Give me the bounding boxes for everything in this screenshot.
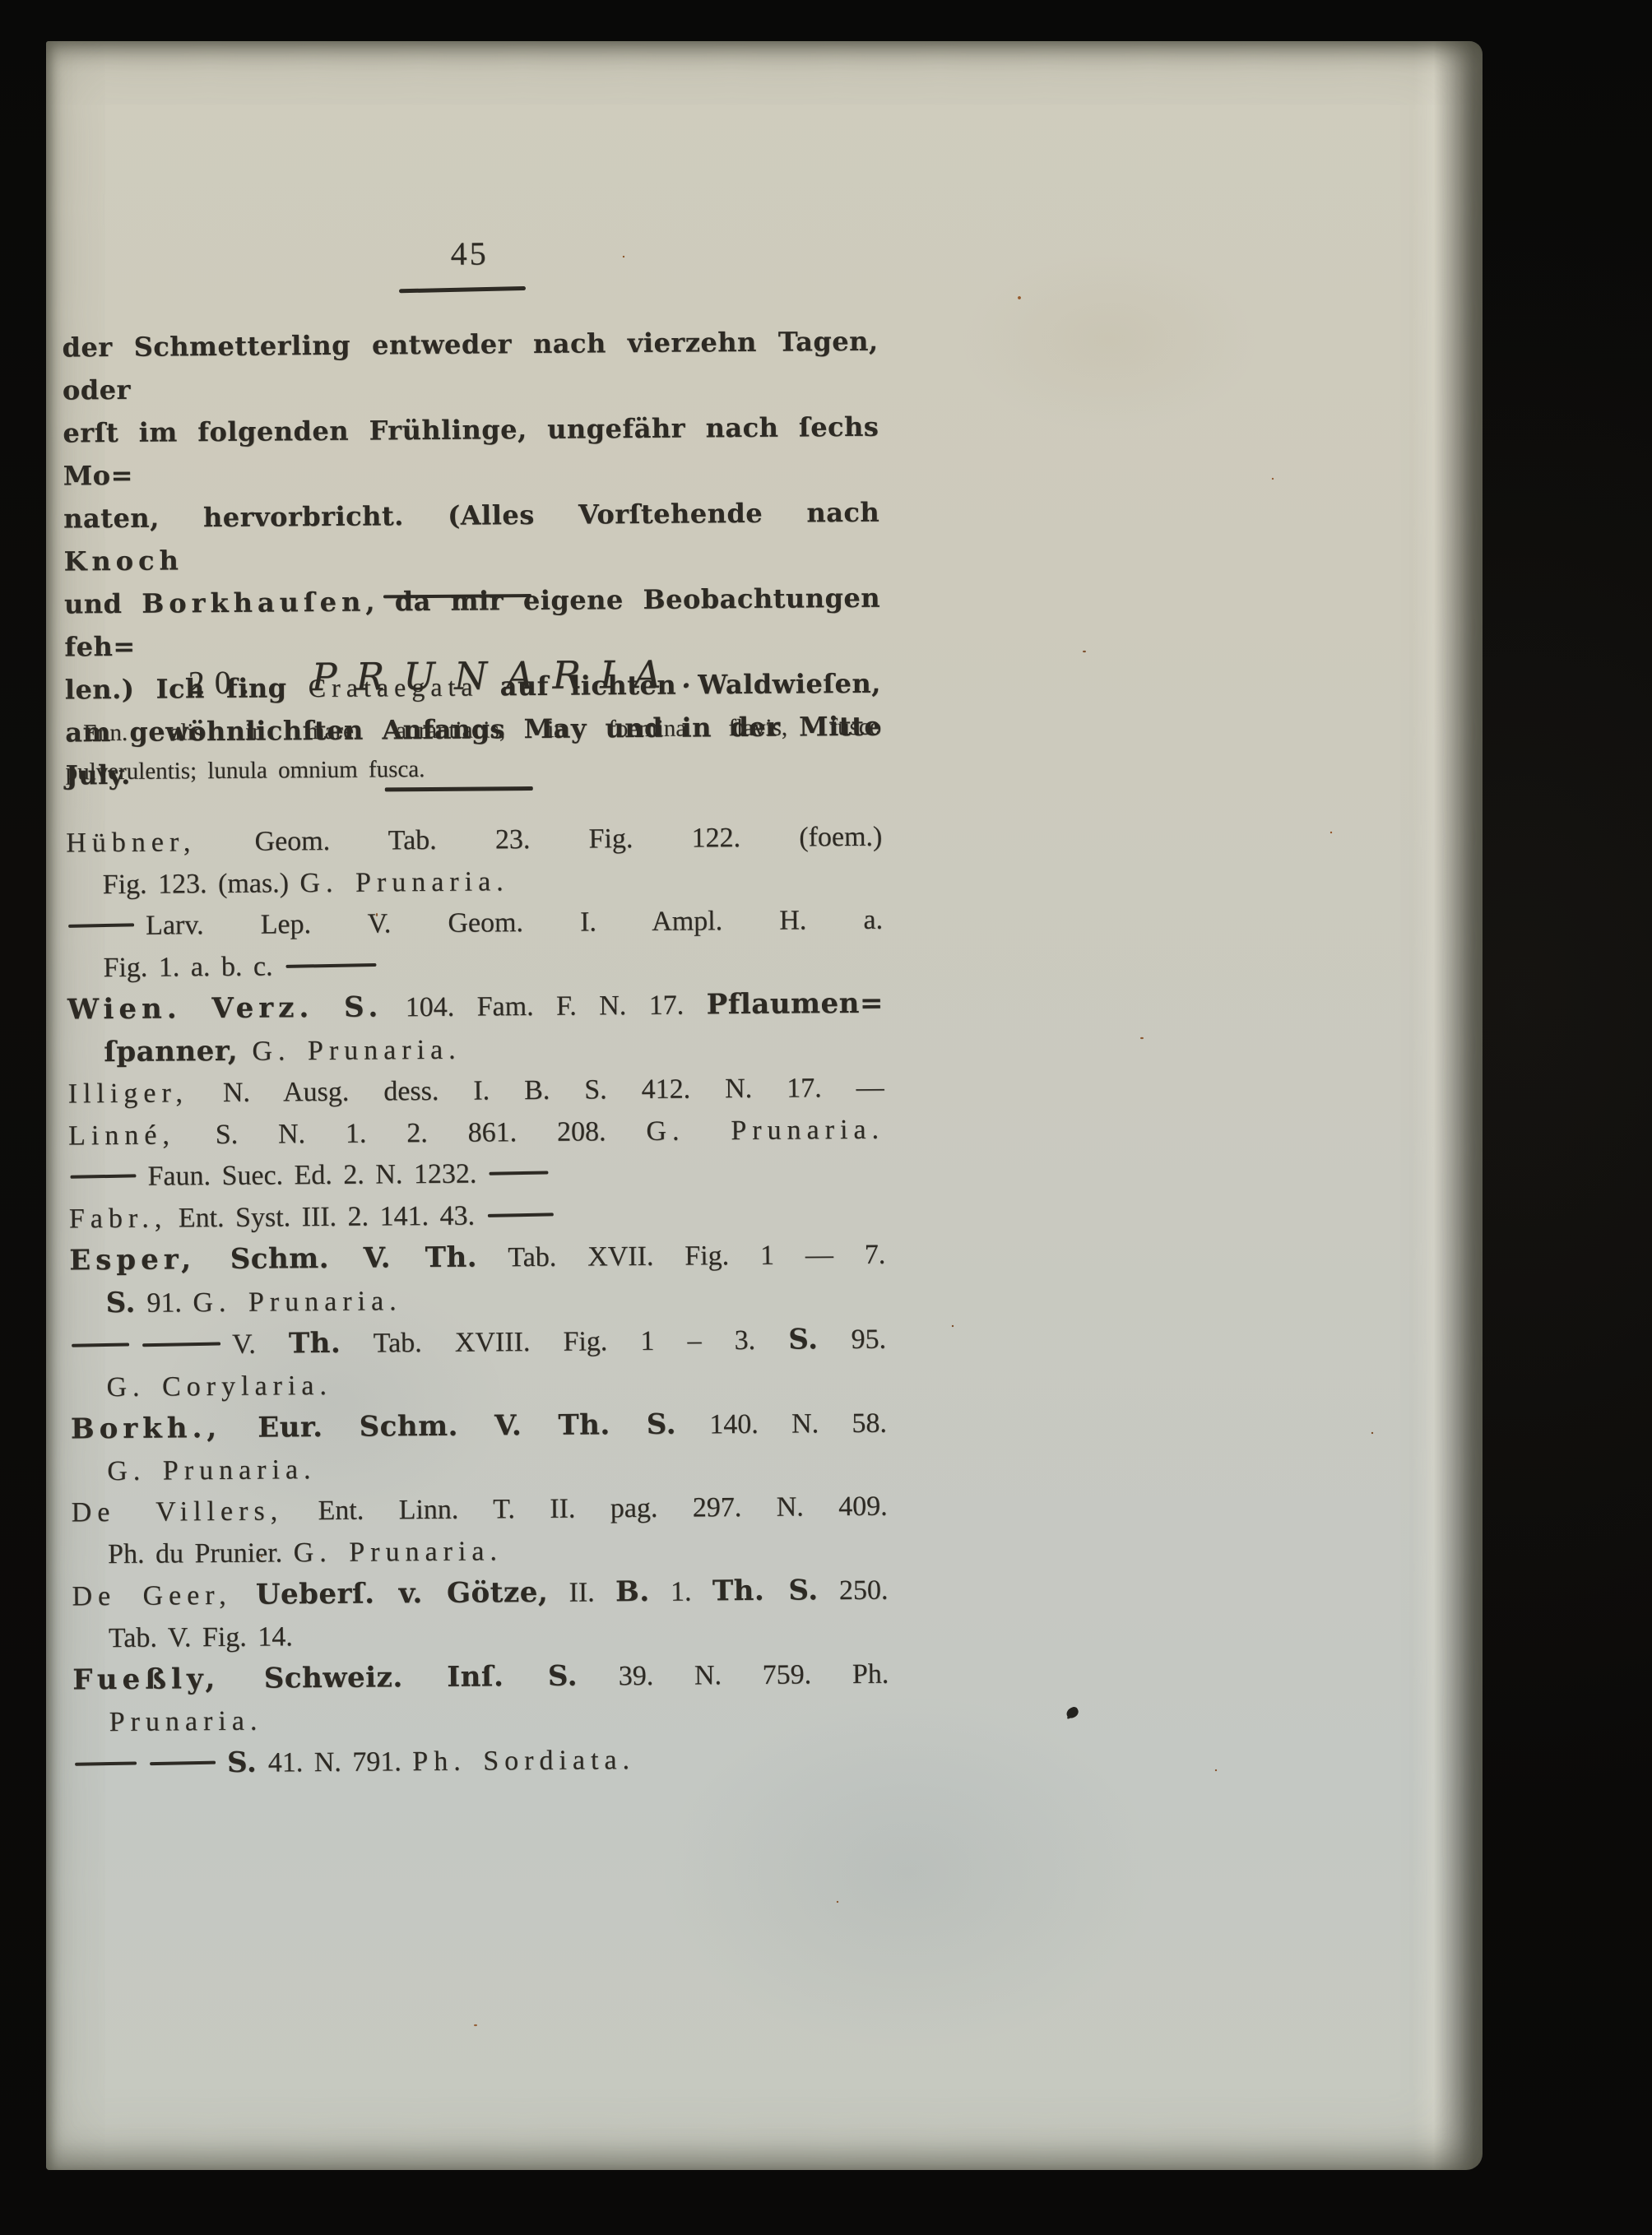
text-line: Fig. 1. a. b. c. (67, 941, 883, 989)
bibliography-list: Hübner, Geom. Tab. 23. Fig. 122. (foem.)… (66, 817, 889, 1786)
text-segment: 91. (136, 1287, 193, 1319)
text-segment: 104. Fam. F. N. 17. (383, 990, 707, 1022)
text-segment: Borkhauſen (142, 587, 365, 619)
text-segment: Faun. Suec. Ed. 2. N. 1232. (147, 1158, 488, 1191)
text-segment: 39. N. 759. Ph. (578, 1659, 889, 1692)
text-line: G. Corylaria. (70, 1361, 886, 1408)
text-segment: S. (227, 1746, 258, 1779)
text-segment: 41. N. 791. (257, 1746, 412, 1778)
text-segment: Th. (289, 1327, 341, 1360)
text-segment: G. Prunaria. (299, 866, 509, 898)
text-line: Hübner, Geom. Tab. 23. Fig. 122. (foem.) (66, 817, 882, 865)
text-segment: 140. N. 58. (676, 1408, 887, 1440)
ink-speck (1065, 1705, 1080, 1719)
text-line: Faun. Suec. Ed. 2. N. 1232. (68, 1151, 884, 1199)
text-segment: G. Corylaria. (106, 1370, 332, 1402)
text-line: pulverulentis; lunula omnium fusca. (65, 747, 881, 792)
text-segment: Borkh., (71, 1412, 222, 1445)
text-segment: Ent. Syst. III. 2. 141. 43. (167, 1200, 486, 1233)
text-segment: Wien. Verz. S. (67, 990, 383, 1026)
text-segment: Knoch (63, 545, 183, 577)
text-segment: Fig. 123. (mas.) (103, 868, 300, 900)
ditto-dash (70, 1175, 136, 1179)
text-line: naten, hervorbricht. (Alles Vorſtehende … (63, 491, 880, 583)
text-line: V. Th. Tab. XVIII. Fig. 1 – 3. S. 95. (70, 1319, 886, 1367)
text-segment: G. Prunaria. (193, 1286, 402, 1318)
text-segment: G. Prunaria. (107, 1454, 317, 1486)
text-segment: Ent. Linn. T. II. pag. 297. N. 409. (283, 1491, 888, 1527)
section-title: PRUNARIA. (312, 651, 712, 699)
text-line: Larv. Lep. V. Geom. I. Ampl. H. a. (67, 900, 883, 948)
text-line: Borkh., Eur. Schm. V. Th. S. 140. N. 58. (71, 1403, 887, 1451)
text-segment: der Schmetterling entweder nach vierzehn… (62, 326, 878, 406)
text-segment: B. (615, 1575, 650, 1608)
text-segment: 95. (818, 1324, 886, 1356)
text-segment: Esper, (69, 1243, 196, 1277)
ditto-dash (68, 924, 134, 928)
text-line: S. 41. N. 791. Ph. Sordiata. (73, 1737, 889, 1786)
ditto-dash (142, 1342, 220, 1347)
text-line: G. Prunaria. (71, 1444, 887, 1492)
text-segment: Ph. Sordiata. (412, 1745, 635, 1777)
text-segment: Larv. Lep. V. Geom. I. Ampl. H. a. (146, 905, 883, 941)
latin-diagnosis: Enn. alis in mare aurantiacis, in foemin… (65, 708, 882, 792)
text-segment: S. (788, 1323, 819, 1356)
text-segment: Linné, (68, 1120, 175, 1151)
text-segment: Prunaria. (109, 1705, 263, 1737)
text-segment: Fig. 1. a. b. c. (103, 951, 284, 983)
text-segment: Fueßly, (72, 1662, 220, 1696)
text-segment: pulverulentis; lunula omnium fusca. (65, 756, 425, 785)
text-line: De Villers, Ent. Linn. T. II. pag. 297. … (71, 1486, 887, 1534)
text-segment: Tab. XVII. Fig. 1 — 7. (477, 1240, 885, 1273)
text-segment: Ueberſ. v. Götze, (232, 1576, 549, 1611)
text-segment: 1. (650, 1576, 713, 1607)
text-segment: De Geer, (72, 1580, 231, 1612)
text-line: erſt im folgenden Frühlinge, ungefähr na… (63, 406, 879, 498)
text-segment: S. N. 1. 2. 861. 208. (175, 1115, 647, 1149)
text-segment: Fabr., (69, 1203, 168, 1234)
text-segment: Pflaumen= (707, 987, 884, 1022)
book-page: 45 der Schmetterling entweder nach vierz… (46, 41, 1483, 2170)
ditto-dash (72, 1343, 129, 1347)
text-segment: N. Ausg. dess. I. B. S. 412. N. 17. — (188, 1073, 884, 1109)
text-line: Prunaria. (72, 1695, 889, 1743)
text-segment: Schm. V. Th. (196, 1241, 477, 1277)
text-segment: Ph. du Prunier. (108, 1537, 294, 1570)
text-segment: ſpanner, (104, 1034, 252, 1068)
ditto-dash (488, 1213, 554, 1217)
text-segment: Schweiz. Inſ. S. (220, 1660, 578, 1695)
ditto-dash (150, 1761, 216, 1765)
text-line: Fabr., Ent. Syst. III. 2. 141. 43. (69, 1192, 885, 1240)
text-segment: De Villers, (72, 1495, 284, 1528)
text-line: der Schmetterling entweder nach vierzehn… (62, 320, 879, 412)
ditto-dash (75, 1762, 137, 1766)
text-segment: S. (106, 1286, 137, 1319)
text-segment: Tab. XVIII. Fig. 1 – 3. (341, 1325, 788, 1359)
text-line: Fueßly, Schweiz. Inſ. S. 39. N. 759. Ph. (72, 1653, 889, 1702)
text-segment: Th. S. (712, 1574, 819, 1607)
text-segment: erſt im folgenden Frühlinge, ungefähr na… (63, 411, 879, 492)
text-line: Esper, Schm. V. Th. Tab. XVII. Fig. 1 — … (69, 1234, 885, 1282)
section-number: 20. (188, 663, 259, 702)
text-segment: G. Prunaria. (252, 1034, 462, 1066)
text-segment: Illiger, (68, 1078, 189, 1109)
section-heading: 20. PRUNARIA. (65, 651, 881, 710)
page-number: 45 (62, 231, 878, 276)
text-line: Tab. V. Fig. 14. (72, 1611, 889, 1659)
text-line: Ph. du Prunier. G. Prunaria. (72, 1528, 888, 1575)
text-line: S. 91. G. Prunaria. (69, 1276, 885, 1324)
text-segment: V. (232, 1328, 289, 1360)
text-segment: Geom. Tab. 23. Fig. 122. (foem.) (196, 822, 882, 858)
text-line: Fig. 123. (mas.) G. Prunaria. (67, 858, 883, 906)
text-line: Illiger, N. Ausg. dess. I. B. S. 412. N.… (68, 1068, 884, 1115)
text-segment: G. Prunaria. (294, 1536, 503, 1568)
page-number-rule (399, 286, 526, 293)
text-segment: Eur. Schm. V. Th. S. (221, 1408, 676, 1444)
text-segment: Tab. V. Fig. 14. (109, 1621, 293, 1653)
text-segment: Enn. alis in mare aurantiacis, in foemin… (83, 714, 881, 747)
text-line: Wien. Verz. S. 104. Fam. F. N. 17. Pflau… (67, 983, 884, 1032)
text-segment: und (64, 588, 142, 620)
text-line: ſpanner, G. Prunaria. (67, 1025, 884, 1073)
ditto-dash (285, 963, 376, 968)
text-line: Linné, S. N. 1. 2. 861. 208. G. Prunaria… (68, 1109, 884, 1157)
text-segment: 250. (818, 1575, 888, 1607)
ditto-dash (490, 1171, 549, 1175)
text-segment: II. (548, 1577, 615, 1608)
text-line: De Geer, Ueberſ. v. Götze, II. B. 1. Th.… (72, 1570, 888, 1618)
text-segment: Hübner, (66, 827, 196, 858)
text-segment: G. Prunaria. (646, 1114, 884, 1146)
text-line: Enn. alis in mare aurantiacis, in foemin… (65, 708, 881, 754)
text-segment: naten, hervorbricht. (Alles Vorſtehende … (63, 497, 879, 535)
